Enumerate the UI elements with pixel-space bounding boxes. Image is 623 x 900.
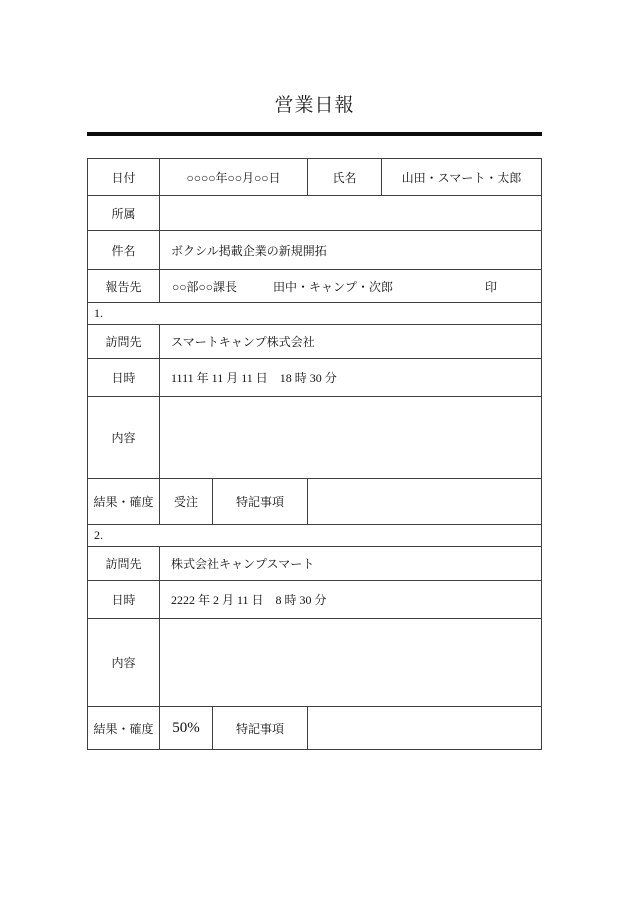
visit-value: スマートキャンプ株式会社: [160, 325, 541, 358]
result-value: 50%: [160, 707, 213, 749]
date-value: ○○○○年○○月○○日: [160, 159, 308, 195]
affiliation-value: [160, 196, 541, 230]
title-rule: [87, 132, 542, 136]
result-label: 結果・確度: [88, 707, 160, 749]
table-row-date-name: 日付 ○○○○年○○月○○日 氏名 山田・スマート・太郎: [88, 159, 541, 196]
report-to-person: 田中・キャンプ・次郎: [273, 278, 393, 295]
section-2-number: 2.: [88, 525, 541, 546]
content-value: [160, 619, 541, 706]
visit-value: 株式会社キャンプスマート: [160, 547, 541, 580]
notes-value: [308, 707, 541, 749]
notes-value: [308, 479, 541, 524]
name-value: 山田・スマート・太郎: [382, 159, 541, 195]
section-2-visit-row: 訪問先 株式会社キャンプスマート: [88, 547, 541, 581]
section-2-result-row: 結果・確度 50% 特記事項: [88, 707, 541, 749]
name-label: 氏名: [308, 159, 382, 195]
subject-value: ボクシル掲載企業の新規開拓: [160, 231, 541, 269]
section-2-number-row: 2.: [88, 525, 541, 547]
result-value: 受注: [160, 479, 213, 524]
content-value: [160, 397, 541, 478]
report-to-value: ○○部○○課長 田中・キャンプ・次郎 印: [160, 270, 541, 302]
datetime-value: 1111 年 11 月 11 日 18 時 30 分: [160, 359, 541, 396]
visit-label: 訪問先: [88, 547, 160, 580]
section-2-content-row: 内容: [88, 619, 541, 707]
section-1-result-row: 結果・確度 受注 特記事項: [88, 479, 541, 525]
datetime-label: 日時: [88, 359, 160, 396]
date-label: 日付: [88, 159, 160, 195]
page-title: 営業日報: [87, 90, 542, 117]
report-to-label: 報告先: [88, 270, 160, 302]
table-row-report-to: 報告先 ○○部○○課長 田中・キャンプ・次郎 印: [88, 270, 541, 303]
section-1-content-row: 内容: [88, 397, 541, 479]
content-label: 内容: [88, 619, 160, 706]
section-1-number-row: 1.: [88, 303, 541, 325]
seal-label: 印: [485, 278, 497, 295]
document-page: 営業日報 日付 ○○○○年○○月○○日 氏名 山田・スマート・太郎 所属 件名 …: [0, 0, 623, 900]
visit-label: 訪問先: [88, 325, 160, 358]
content-label: 内容: [88, 397, 160, 478]
section-1-visit-row: 訪問先 スマートキャンプ株式会社: [88, 325, 541, 359]
section-1-datetime-row: 日時 1111 年 11 月 11 日 18 時 30 分: [88, 359, 541, 397]
report-to-title: ○○部○○課長: [172, 278, 237, 295]
notes-label: 特記事項: [213, 707, 308, 749]
table-row-subject: 件名 ボクシル掲載企業の新規開拓: [88, 231, 541, 270]
result-label: 結果・確度: [88, 479, 160, 524]
document-content: 営業日報 日付 ○○○○年○○月○○日 氏名 山田・スマート・太郎 所属 件名 …: [87, 0, 542, 750]
datetime-value: 2222 年 2 月 11 日 8 時 30 分: [160, 581, 541, 618]
affiliation-label: 所属: [88, 196, 160, 230]
subject-label: 件名: [88, 231, 160, 269]
datetime-label: 日時: [88, 581, 160, 618]
notes-label: 特記事項: [213, 479, 308, 524]
section-2-datetime-row: 日時 2222 年 2 月 11 日 8 時 30 分: [88, 581, 541, 619]
table-row-affiliation: 所属: [88, 196, 541, 231]
report-form-table: 日付 ○○○○年○○月○○日 氏名 山田・スマート・太郎 所属 件名 ボクシル掲…: [87, 158, 542, 750]
section-1-number: 1.: [88, 303, 541, 324]
